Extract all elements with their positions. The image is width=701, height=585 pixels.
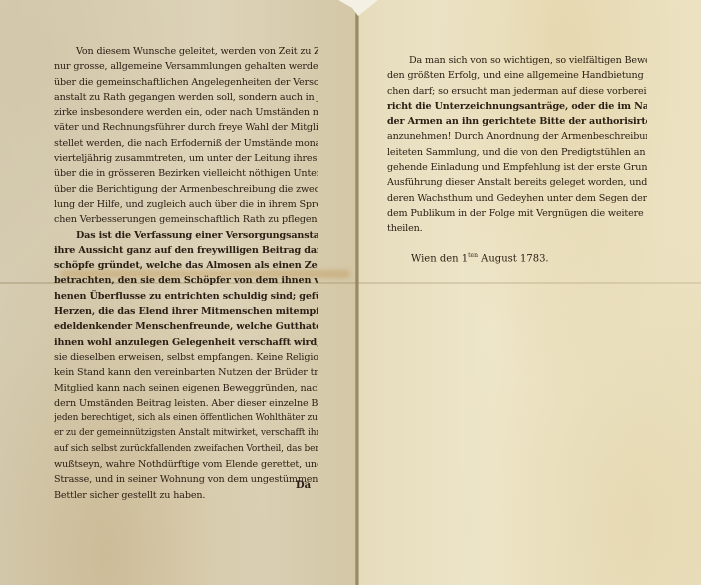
text-line: jeden berechtiget, sich als einen öffent… [54,411,318,426]
text-line: auf sich selbst zurückfallenden zweifach… [54,442,318,457]
text-line: betrachten, den sie dem Schöpfer von dem… [54,273,318,288]
text-line: der Armen an ihn gerichtete Bitte der au… [387,114,647,129]
text-line: henen Überflusse zu entrichten schuldig … [54,289,318,304]
text-line: über die gemeinschaftlichen Angelegenhei… [54,75,318,90]
text-line: zirke insbesondere werden ein, oder nach… [54,105,318,120]
text-line: anstalt zu Rath gegangen werden soll, so… [54,90,318,105]
text-line: dern Umständen Beitrag leisten. Aber die… [54,396,318,411]
paragraph-1: Von diesem Wunsche geleitet, werden von … [54,44,318,228]
text-line: schöpfe gründet, welche das Almosen als … [54,258,318,273]
date-superscript: ten [468,252,478,259]
left-page-text: Von diesem Wunsche geleitet, werden von … [54,44,318,503]
date-prefix: Wien den 1 [411,253,468,264]
document-spread: Von diesem Wunsche geleitet, werden von … [0,0,701,585]
text-line: chen Verbesserungen gemeinschaftlich Rat… [54,212,318,227]
text-line: deren Wachsthum und Gedeyhen unter dem S… [387,191,647,206]
text-line: Da man sich von so wichtigen, so vielfäl… [387,53,647,68]
text-line: den größten Erfolg, und eine allgemeine … [387,68,647,83]
text-line: theilen. [387,221,647,236]
paragraph-2: Das ist die Verfassung einer Versorgungs… [54,228,318,503]
text-line: Strasse, und in seiner Wohnung von dem u… [54,472,318,487]
text-line: anzunehmen! Durch Anordnung der Armenbes… [387,129,647,144]
text-line: väter und Rechnungsführer durch freye Wa… [54,120,318,135]
text-line: wußtseyn, wahre Nothdürftige vom Elende … [54,457,318,472]
text-line: Bettler sicher gestellt zu haben. [54,488,318,503]
text-line: richt die Unterzeichnungsanträge, oder d… [387,99,647,114]
text-line: lung der Hilfe, und zugleich auch über d… [54,197,318,212]
text-line: Herzen, die das Elend ihrer Mitmenschen … [54,304,318,319]
text-line: über die in grösseren Bezirken vielleich… [54,166,318,181]
text-line: vierteljährig zusammtreten, um unter der… [54,151,318,166]
text-line: sie dieselben erweisen, selbst empfangen… [54,350,318,365]
catchword: Da [296,480,311,491]
text-line: kein Stand kann den vereinbarten Nutzen … [54,365,318,380]
text-line: chen darf; so ersucht man jederman auf d… [387,84,647,99]
text-line: Das ist die Verfassung einer Versorgungs… [54,228,318,243]
text-line: edeldenkender Menschenfreunde, welche Gu… [54,319,318,334]
text-line: ihre Aussicht ganz auf den freywilligen … [54,243,318,258]
right-page-text: Da man sich von so wichtigen, so vielfäl… [387,53,647,237]
date-line: Wien den 1ten August 1783. [411,252,549,264]
date-suffix: August 1783. [478,253,549,264]
paragraph-3: Da man sich von so wichtigen, so vielfäl… [387,53,647,237]
text-line: Von diesem Wunsche geleitet, werden von … [54,44,318,59]
text-line: Mitglied kann nach seinen eigenen Bewegg… [54,381,318,396]
text-line: nur grosse, allgemeine Versammlungen geh… [54,59,318,74]
text-line: ihnen wohl anzulegen Gelegenheit verscha… [54,335,318,350]
text-line: er zu der gemeinnützigsten Anstalt mitwi… [54,426,318,441]
text-line: leiteten Sammlung, und die von den Predi… [387,145,647,160]
text-line: stellet werden, die nach Erfoderniß der … [54,136,318,151]
page-gutter [355,0,359,585]
text-line: dem Publikum in der Folge mit Vergnügen … [387,206,647,221]
text-line: über die Berichtigung der Armenbeschreib… [54,182,318,197]
text-line: gehende Einladung und Empfehlung ist der… [387,160,647,175]
text-line: Ausführung dieser Anstalt bereits gelege… [387,175,647,190]
